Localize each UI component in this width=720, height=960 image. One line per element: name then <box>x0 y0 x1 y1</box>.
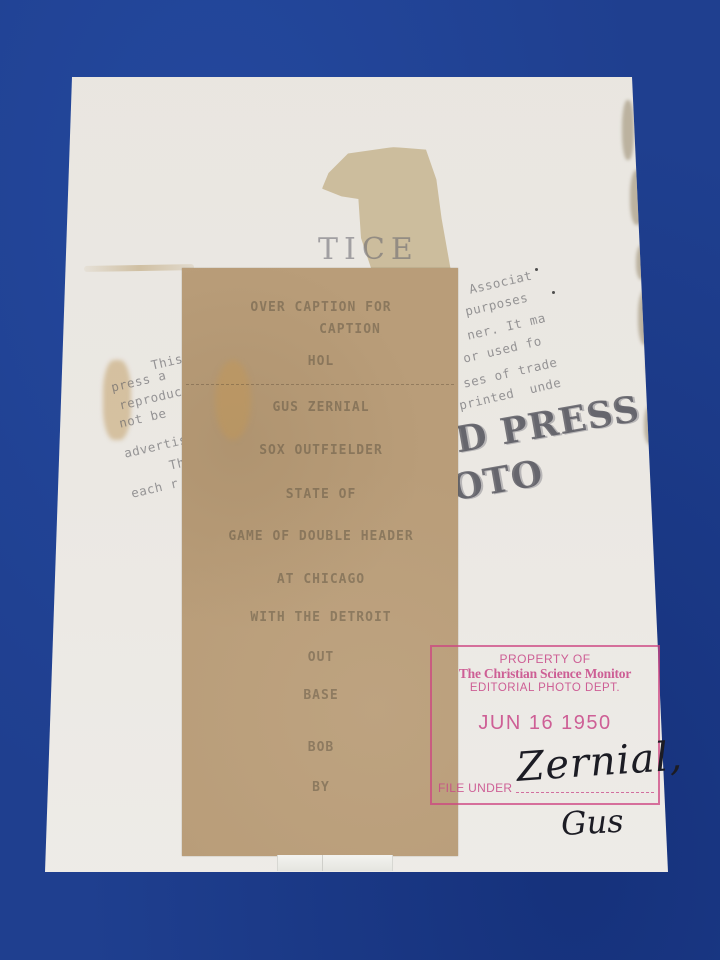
speck <box>552 291 555 294</box>
speck <box>535 268 538 271</box>
stamp-file-rule <box>516 792 654 793</box>
slip-typed-line: HOL <box>190 354 452 369</box>
edge-stain <box>622 100 634 160</box>
slip-typed-line: CAPTION <box>250 322 450 337</box>
crease-stain <box>84 264 194 272</box>
edge-stain <box>636 245 648 280</box>
slip-typed-line: GUS ZERNIAL <box>190 400 452 415</box>
edge-stain <box>646 360 654 374</box>
handwritten-given-name: Gus <box>560 802 624 843</box>
edge-stain <box>630 170 644 225</box>
slip-typed-line: OVER CAPTION FOR <box>190 300 452 315</box>
stamp-property-of: PROPERTY OF <box>432 652 658 666</box>
slip-typed-line: STATE OF <box>190 487 452 502</box>
slip-typed-line: BOB <box>190 740 452 755</box>
slip-typed-line: BY <box>190 780 452 795</box>
slip-typed-line: AT CHICAGO <box>190 572 452 587</box>
stamp-department: EDITORIAL PHOTO DEPT. <box>432 682 658 694</box>
slip-typed-line: OUT <box>190 650 452 665</box>
slip-typed-line: BASE <box>190 688 452 703</box>
slip-typed-line: SOX OUTFIELDER <box>190 443 452 458</box>
stamp-date: JUN 16 1950 <box>432 712 658 735</box>
slip-typed-line: WITH THE DETROIT <box>190 610 452 625</box>
edge-stain <box>644 405 658 445</box>
tape-strip <box>277 855 393 871</box>
stamp-file-under-label: FILE UNDER <box>438 781 512 795</box>
stamp-publication: The Christian Science Monitor <box>432 666 658 682</box>
slip-dotted-rule <box>186 384 454 385</box>
notice-text: each r <box>130 477 180 500</box>
edge-stain <box>638 290 652 345</box>
slip-typed-line: GAME OF DOUBLE HEADER <box>190 529 452 544</box>
notice-header: TICE <box>318 232 419 267</box>
